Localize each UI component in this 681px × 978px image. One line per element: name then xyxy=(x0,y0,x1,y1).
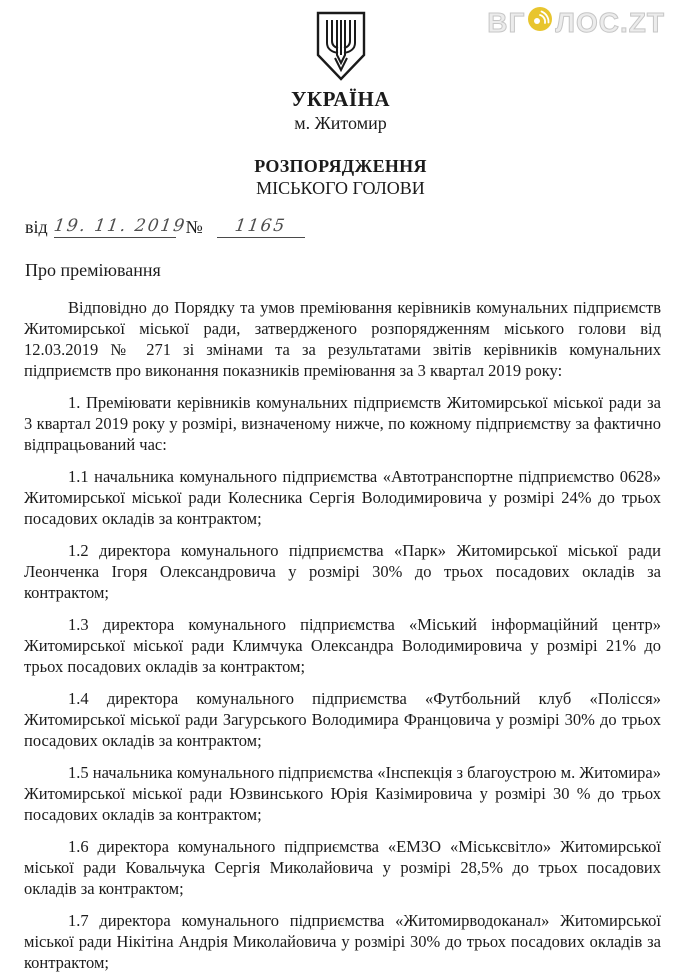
number-blank: 1165 xyxy=(217,215,305,238)
handwritten-number: 1165 xyxy=(234,216,288,236)
paragraph-item-1-2: 1.2 директора комунального підприємства … xyxy=(24,540,661,603)
ukraine-trident-emblem xyxy=(313,10,369,82)
date-number-line: від 19. 11. 2019 № 1165 xyxy=(25,215,681,238)
paragraph-intro: Відповідно до Порядку та умов преміюванн… xyxy=(24,297,661,381)
country-name: УКРАЇНА xyxy=(0,87,681,112)
number-label: № xyxy=(186,217,203,238)
paragraph-item-1: 1. Преміювати керівників комунальних під… xyxy=(24,392,661,455)
paragraph-item-1-1: 1.1 начальника комунального підприємства… xyxy=(24,466,661,529)
date-label: від xyxy=(25,217,48,238)
watermark: ВГ ЛОС.ZT xyxy=(487,6,665,39)
handwritten-date: 19. 11. 2019 xyxy=(52,216,187,236)
document-page: ВГ ЛОС.ZT УКРАЇНА м. Житомир РОЗПОРЯДЖЕН… xyxy=(0,0,681,978)
paragraph-item-1-6: 1.6 директора комунального підприємства … xyxy=(24,836,661,899)
watermark-text-left: ВГ xyxy=(487,7,525,39)
watermark-text-right: ЛОС.ZT xyxy=(555,7,665,39)
speaker-icon xyxy=(527,6,553,39)
paragraph-item-1-5: 1.5 начальника комунального підприємства… xyxy=(24,762,661,825)
subject-line: Про преміювання xyxy=(25,260,681,281)
paragraph-item-1-7: 1.7 директора комунального підприємства … xyxy=(24,910,661,973)
document-body: Відповідно до Порядку та умов преміюванн… xyxy=(24,297,661,973)
document-subtitle: МІСЬКОГО ГОЛОВИ xyxy=(0,178,681,199)
paragraph-item-1-3: 1.3 директора комунального підприємства … xyxy=(24,614,661,677)
date-blank: 19. 11. 2019 xyxy=(54,215,176,238)
document-title: РОЗПОРЯДЖЕННЯ xyxy=(0,156,681,177)
paragraph-item-1-4: 1.4 директора комунального підприємства … xyxy=(24,688,661,751)
city-name: м. Житомир xyxy=(0,113,681,134)
